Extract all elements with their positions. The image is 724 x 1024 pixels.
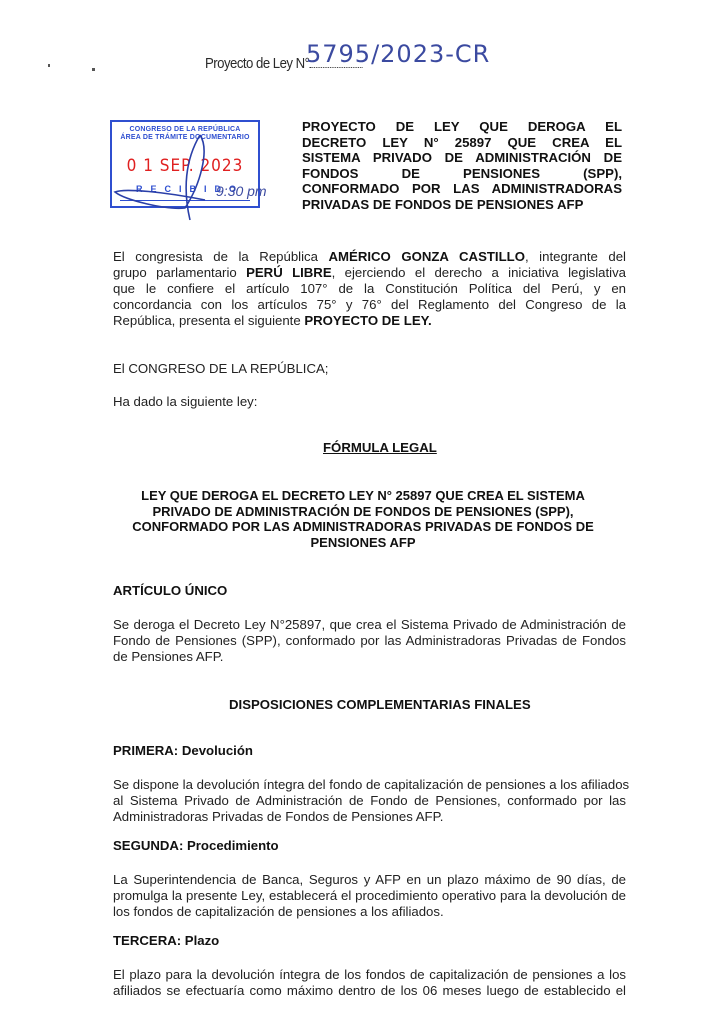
intro-line: El congresista de la República AMÉRICO G… xyxy=(113,249,626,265)
disposition-3-body: El plazo para la devolución íntegra de l… xyxy=(113,967,626,999)
disposition-line: La Superintendencia de Banca, Seguros y … xyxy=(113,872,626,888)
disposition-1-heading: PRIMERA: Devolución xyxy=(113,743,253,758)
disposition-line: afiliados se efectuaría como máximo dent… xyxy=(113,983,626,999)
disposition-line: Administradoras Privadas de Fondos de Pe… xyxy=(113,809,626,825)
stamp-time-handwritten: 9:30 pm xyxy=(216,183,267,199)
scan-speck xyxy=(48,64,50,67)
article-line: Fondo de Pensiones (SPP), conformado por… xyxy=(113,633,626,649)
disposition-line: los fondos de capitalización de pensione… xyxy=(113,904,626,920)
disposition-3-heading: TERCERA: Plazo xyxy=(113,933,219,948)
congress-line: El CONGRESO DE LA REPÚBLICA; xyxy=(113,361,626,377)
intro-line: grupo parlamentario PERÚ LIBRE, ejercien… xyxy=(113,265,626,281)
project-number-handwritten: 5795/2023-CR xyxy=(306,40,490,68)
disposition-line: Se dispone la devolución íntegra del fon… xyxy=(113,777,626,793)
law-title: LEY QUE DEROGA EL DECRETO LEY N° 25897 Q… xyxy=(118,488,608,550)
article-heading: ARTÍCULO ÚNICO xyxy=(113,583,227,598)
bill-title-line: PROYECTO DE LEY QUE DEROGA EL xyxy=(302,119,622,135)
dispositions-heading: DISPOSICIONES COMPLEMENTARIAS FINALES xyxy=(229,697,531,712)
signature-icon xyxy=(105,130,305,230)
intro-line: República, presenta el siguiente PROYECT… xyxy=(113,313,626,329)
article-body: Se deroga el Decreto Ley N°25897, que cr… xyxy=(113,617,626,665)
disposition-line: promulga la presente Ley, establecerá el… xyxy=(113,888,626,904)
party-name: PERÚ LIBRE xyxy=(246,265,332,280)
congressman-name: AMÉRICO GONZA CASTILLO xyxy=(329,249,525,264)
given-line: Ha dado la siguiente ley: xyxy=(113,394,626,410)
intro-paragraph: El congresista de la República AMÉRICO G… xyxy=(113,249,626,329)
bill-title-line: DECRETO LEY N° 25897 QUE CREA EL xyxy=(302,135,622,151)
law-title-line: CONFORMADO POR LAS ADMINISTRADORAS PRIVA… xyxy=(118,519,608,535)
disposition-1-body: Se dispone la devolución íntegra del fon… xyxy=(113,777,626,825)
law-title-line: LEY QUE DEROGA EL DECRETO LEY N° 25897 Q… xyxy=(118,488,608,504)
article-line: de Pensiones AFP. xyxy=(113,649,626,665)
bill-title-line: FONDOS DE PENSIONES (SPP), xyxy=(302,166,622,182)
article-line: Se deroga el Decreto Ley N°25897, que cr… xyxy=(113,617,626,633)
bill-title: PROYECTO DE LEY QUE DEROGA EL DECRETO LE… xyxy=(302,119,622,212)
scan-speck xyxy=(92,68,95,71)
disposition-line: El plazo para la devolución íntegra de l… xyxy=(113,967,626,983)
disposition-2-body: La Superintendencia de Banca, Seguros y … xyxy=(113,872,626,920)
law-title-line: PRIVADO DE ADMINISTRACIÓN DE FONDOS DE P… xyxy=(118,504,608,520)
disposition-2-heading: SEGUNDA: Procedimiento xyxy=(113,838,279,853)
disposition-line: al Sistema Privado de Administración de … xyxy=(113,793,626,809)
bill-title-line: SISTEMA PRIVADO DE ADMINISTRACIÓN DE xyxy=(302,150,622,166)
bill-title-line: PRIVADAS DE FONDOS DE PENSIONES AFP xyxy=(302,197,622,213)
intro-line: concordancia con los artículos 75° y 76°… xyxy=(113,297,626,313)
project-label-text: Proyecto de Ley N° xyxy=(205,55,309,72)
law-title-line: PENSIONES AFP xyxy=(118,535,608,551)
intro-line: que le confiere el artículo 107° de la C… xyxy=(113,281,626,297)
bill-title-line: CONFORMADO POR LAS ADMINISTRADORAS xyxy=(302,181,622,197)
formula-heading: FÓRMULA LEGAL xyxy=(323,440,437,455)
